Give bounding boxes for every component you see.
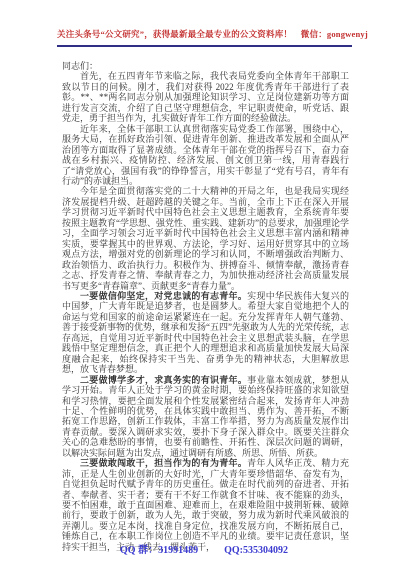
qq-group-number: QQ 群：31991489 — [120, 545, 198, 556]
header-banner: 关注头条号“公文研究”，获得最新最全最专业的公文资料库！ 微信：gongweny… — [57, 24, 352, 47]
paragraph-text: 事业靠本领成就，梦想从学习开始。青年人正处于学习的黄金时期，要始终保持旺盛的求知… — [62, 375, 349, 458]
paragraph-text: 今年是全面贯彻落实党的二十大精神的开局之年，也是我局实现经济发展提档升级、赶超跨… — [62, 186, 349, 290]
section-heading-1: 一要做信仰坚定，对党忠诚的有志青年。 — [80, 291, 247, 301]
salutation: 同志们： — [62, 61, 349, 71]
document-body: 同志们： 首先，在五四青年节来临之际，我代表局党委向全体青年干部职工致以节日的问… — [62, 61, 349, 552]
paragraph-point-3: 三要做敢闯敢干，担当作为的有为青年。青年人风华正茂、精力充沛，正是人生创业创新的… — [62, 458, 349, 552]
footer-contact: QQ 群：31991489QQ:535304092 — [0, 541, 408, 556]
document-page: 关注头条号“公文研究”，获得最新最全最专业的公文资料库！ 微信：gongweny… — [0, 0, 408, 580]
paragraph-text: 近年来，全体干部职工认真贯彻落实局党委工作部署，围绕中心，服务大局，在抓好政治引… — [62, 124, 349, 186]
section-heading-2: 二要做博学多才，求真务实的有识青年。 — [80, 375, 247, 385]
qq-number: QQ:535304092 — [224, 545, 288, 556]
paragraph-point-2: 二要做博学多才，求真务实的有识青年。事业靠本领成就，梦想从学习开始。青年人正处于… — [62, 375, 349, 459]
paragraph-text: 实现中华民族伟大复兴的中国梦，广大青年既是追梦者，也是圆梦人。希望大家自觉地把个… — [62, 291, 349, 374]
paragraph-theme: 今年是全面贯彻落实党的二十大精神的开局之年，也是我局实现经济发展提档升级、赶超跨… — [62, 186, 349, 291]
paragraph-point-1: 一要做信仰坚定，对党忠诚的有志青年。实现中华民族伟大复兴的中国梦，广大青年既是追… — [62, 291, 349, 375]
paragraph-intro: 首先，在五四青年节来临之际，我代表局党委向全体青年干部职工致以节日的问候。刚才，… — [62, 71, 349, 123]
paragraph-review: 近年来，全体干部职工认真贯彻落实局党委工作部署，围绕中心，服务大局，在抓好政治引… — [62, 124, 349, 187]
paragraph-text: 首先，在五四青年节来临之际，我代表局党委向全体青年干部职工致以节日的问候。刚才，… — [62, 71, 349, 123]
header-notice: 关注头条号“公文研究”，获得最新最全最专业的公文资料库！ 微信：gongweny… — [57, 29, 368, 39]
section-heading-3: 三要做敢闯敢干，担当作为的有为青年。 — [80, 458, 247, 468]
paragraph-text: 青年人风华正茂、精力充沛，正是人生创业创新的大好时光，广大青年要珍惜韶华、奋发有… — [62, 458, 349, 552]
